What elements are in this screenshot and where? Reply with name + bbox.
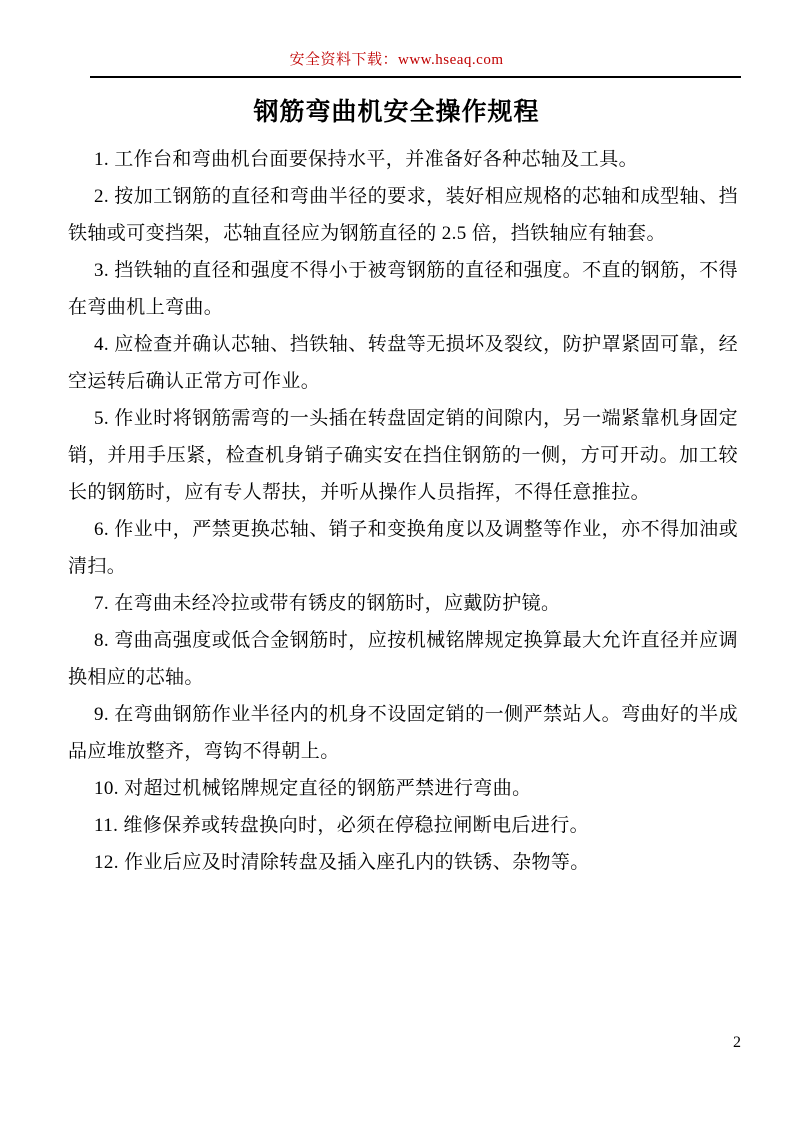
procedure-item: 5. 作业时将钢筋需弯的一头插在转盘固定销的间隙内，另一端紧靠机身固定销，并用手… (68, 400, 738, 511)
procedure-list: 1. 工作台和弯曲机台面要保持水平，并准备好各种芯轴及工具。 2. 按加工钢筋的… (68, 141, 738, 881)
procedure-item: 6. 作业中，严禁更换芯轴、销子和变换角度以及调整等作业，亦不得加油或清扫。 (68, 511, 738, 585)
procedure-item: 9. 在弯曲钢筋作业半径内的机身不设固定销的一侧严禁站人。弯曲好的半成品应堆放整… (68, 696, 738, 770)
procedure-item: 1. 工作台和弯曲机台面要保持水平，并准备好各种芯轴及工具。 (68, 141, 738, 178)
procedure-item: 2. 按加工钢筋的直径和弯曲半径的要求，装好相应规格的芯轴和成型轴、挡铁轴或可变… (68, 178, 738, 252)
procedure-item: 8. 弯曲高强度或低合金钢筋时，应按机械铭牌规定换算最大允许直径并应调换相应的芯… (68, 622, 738, 696)
procedure-item: 11. 维修保养或转盘换向时，必须在停稳拉闸断电后进行。 (68, 807, 738, 844)
procedure-item: 4. 应检查并确认芯轴、挡铁轴、转盘等无损坏及裂纹，防护罩紧固可靠，经空运转后确… (68, 326, 738, 400)
document-page: 安全资料下载：www.hseaq.com 钢筋弯曲机安全操作规程 1. 工作台和… (0, 0, 793, 1122)
procedure-item: 3. 挡铁轴的直径和强度不得小于被弯钢筋的直径和强度。不直的钢筋，不得在弯曲机上… (68, 252, 738, 326)
procedure-item: 7. 在弯曲未经冷拉或带有锈皮的钢筋时，应戴防护镜。 (68, 585, 738, 622)
header-divider-line (90, 76, 741, 78)
procedure-item: 10. 对超过机械铭牌规定直径的钢筋严禁进行弯曲。 (68, 770, 738, 807)
header-download-link-text: 安全资料下载：www.hseaq.com (0, 48, 793, 69)
procedure-item: 12. 作业后应及时清除转盘及插入座孔内的铁锈、杂物等。 (68, 844, 738, 881)
page-number: 2 (722, 1034, 752, 1052)
page-title: 钢筋弯曲机安全操作规程 (0, 92, 793, 128)
